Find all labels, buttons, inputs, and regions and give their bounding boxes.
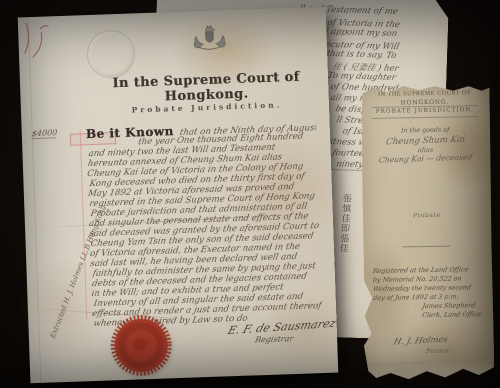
folded-bottom-edge: [366, 360, 493, 381]
registration-line: Clerk, Land Office: [373, 310, 486, 321]
booklet-court-line1: IN THE SUPREME COURT OF: [366, 90, 484, 98]
holder-signature: H. J. Holmes: [393, 335, 449, 348]
grant-body-text: Be it Known that on the Ninth day of Aug…: [86, 119, 323, 329]
margin-value-note: $4000: [31, 128, 57, 139]
grant-document: In the Supreme Court of Hongkong. Probat…: [18, 7, 339, 384]
will-chinese-title: 張慎佳即張佳: [335, 193, 354, 280]
royal-coat-of-arms-icon: [186, 22, 233, 60]
document-type-label: Probate: [362, 211, 492, 220]
holder-title: Proctor: [426, 348, 449, 355]
registration-note: Registered at the Land Office by Memoria…: [373, 265, 486, 321]
red-wax-seal: [108, 312, 174, 378]
in-the-goods-of-label: In the goods of: [366, 125, 484, 135]
red-ink-marks: [20, 18, 55, 59]
registrar-title: Registrar: [254, 334, 294, 344]
fold-crease: [28, 17, 43, 383]
probate-booklet: IN THE SUPREME COURT OF HONGKONG. PROBAT…: [359, 83, 494, 381]
booklet-jurisdiction: PROBATE JURISDICTION.: [364, 107, 486, 115]
photograph-background: ll and Testament of me 張慎佳 ) of Victoria…: [0, 0, 500, 388]
rule: [402, 246, 450, 248]
rule: [372, 116, 478, 119]
embossed-stamp: [86, 29, 136, 79]
